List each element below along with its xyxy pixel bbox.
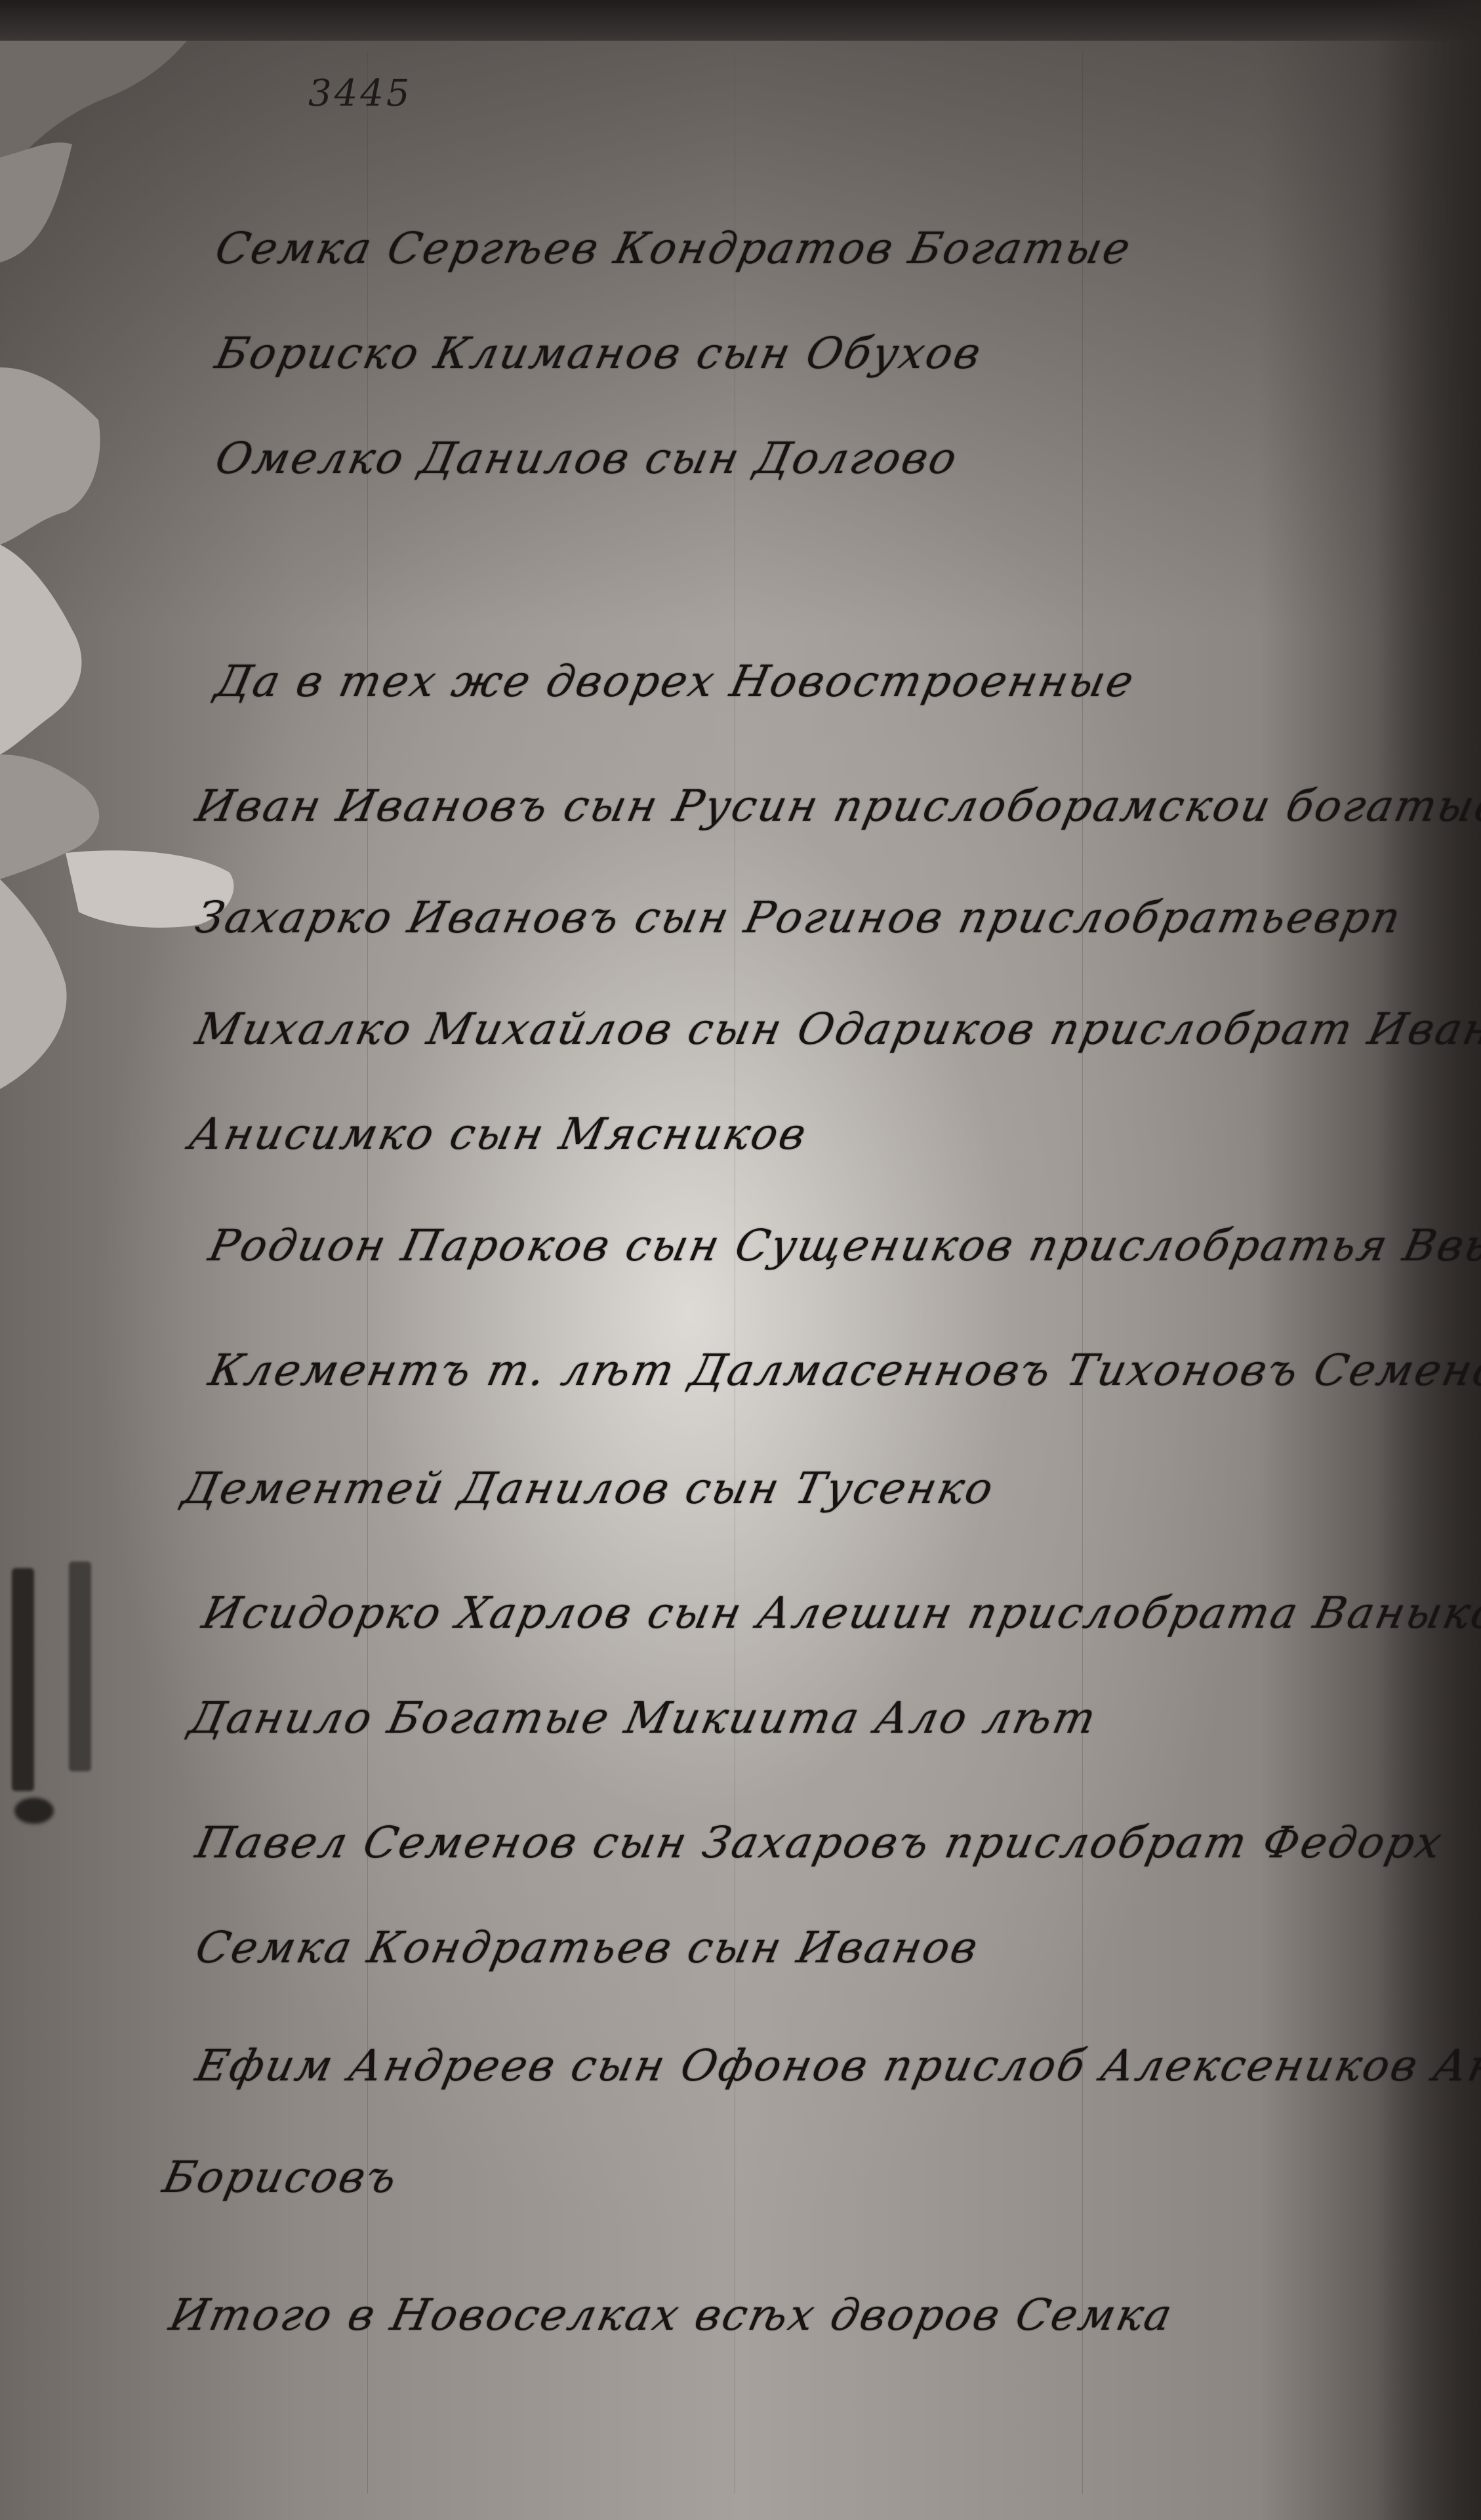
manuscript-line: Итого в Новоселках всѣх дворов Семка xyxy=(165,2290,1178,2340)
manuscript-line: Клементъ т. лѣт Далмасенновъ Тихоновъ Се… xyxy=(205,1345,1481,1395)
scan-top-frame xyxy=(0,0,1481,41)
ruling-line xyxy=(367,52,368,2494)
manuscript-line: Исидорко Харлов сын Алешин прислобрата В… xyxy=(198,1588,1481,1638)
margin-stamp-mark xyxy=(69,1561,91,1771)
manuscript-line: Михалко Михайлов сын Одариков прислобрат… xyxy=(192,1004,1481,1054)
manuscript-line: Ефим Андреев сын Офонов прислоб Алексени… xyxy=(192,2040,1481,2091)
manuscript-line: Захарко Ивановъ сын Рогинов прислобратье… xyxy=(192,892,1407,943)
ruling-line xyxy=(735,52,735,2494)
manuscript-line: Иван Ивановъ сын Русин прислоборамскои б… xyxy=(192,781,1481,831)
manuscript-line: Омелко Данилов сын Долгово xyxy=(211,433,963,484)
manuscript-line: Дементей Данилов сын Тусенко xyxy=(178,1463,1000,1514)
manuscript-line: Анисимко сын Мясников xyxy=(185,1109,813,1159)
torn-edge-damage xyxy=(0,0,236,1181)
manuscript-line: Павел Семенов сын Захаровъ прислобрат Фе… xyxy=(192,1817,1448,1868)
manuscript-line: Родион Пароков сын Сущеников прислобрать… xyxy=(205,1220,1481,1271)
manuscript-line: Данило Богатые Микиита Ало лѣт xyxy=(185,1693,1102,1743)
manuscript-line: Бориско Климанов сын Обухов xyxy=(211,328,987,379)
folio-number: 3445 xyxy=(308,72,413,115)
manuscript-line: Да в тех же дворех Новостроенные xyxy=(211,656,1140,707)
ink-blot xyxy=(14,1798,54,1824)
margin-stamp-mark xyxy=(12,1568,34,1791)
manuscript-line: Борисовъ xyxy=(159,2152,403,2202)
ruling-line xyxy=(1082,52,1083,2494)
manuscript-line: Семка Кондратьев сын Иванов xyxy=(192,1922,984,1973)
manuscript-line: Семка Сергѣев Кондратов Богатые xyxy=(211,223,1137,274)
